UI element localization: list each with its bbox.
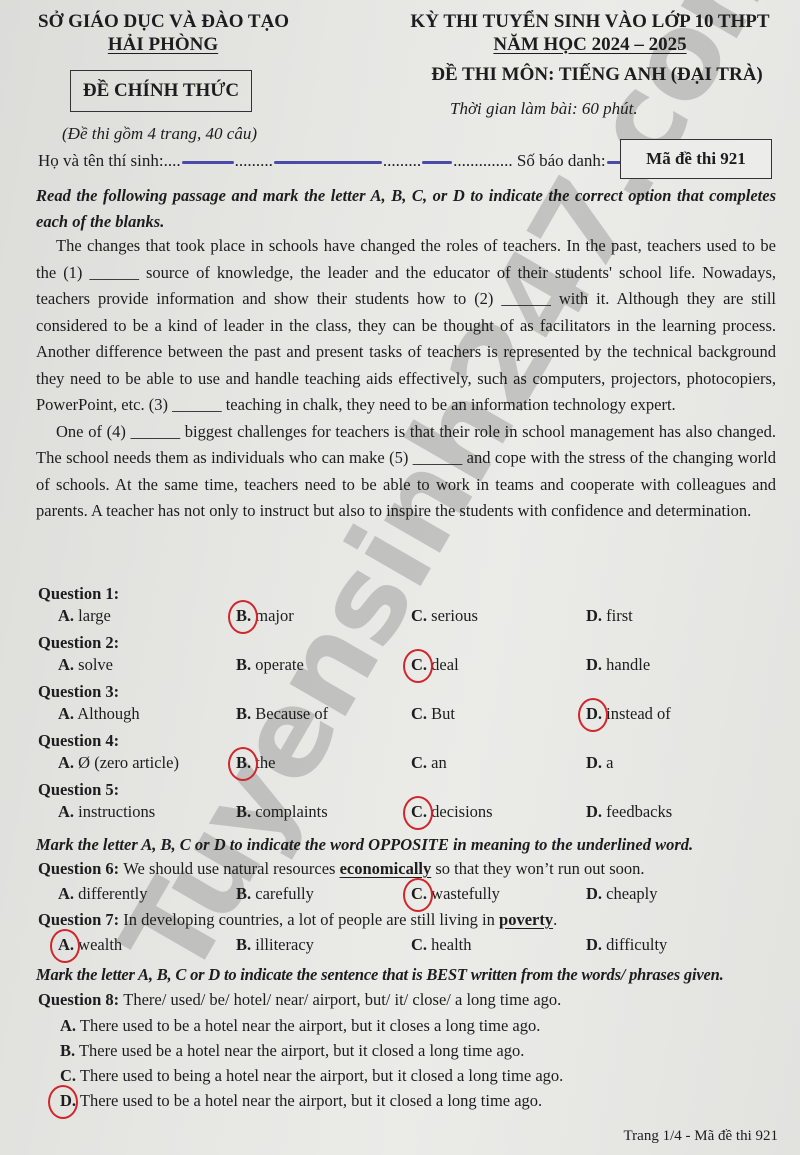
option-text: wastefully [427,884,500,903]
option-text: handle [602,655,650,674]
exam-title: KỲ THI TUYỂN SINH VÀO LỚP 10 THPT NĂM HỌ… [400,10,780,56]
option-text: large [74,606,111,625]
passage-paragraph: One of (4) ______ biggest challenges for… [36,419,776,525]
answer-option-a[interactable]: A. solve [58,655,113,675]
question-stem: Question 6: We should use natural resour… [38,859,645,879]
option-text: Ø (zero article) [74,753,179,772]
option-text: There used to be a hotel near the airpor… [76,1091,542,1110]
option-letter: A. [60,1016,76,1035]
answer-option-c[interactable]: C. an [411,753,447,773]
question-stem: Question 7: In developing countries, a l… [38,910,557,930]
answer-mark-circle [403,649,433,683]
option-letter: C. [60,1066,76,1085]
option-letter: B. [60,1041,75,1060]
candidate-name-field[interactable]: .................................... [164,151,513,170]
answer-option-a[interactable]: A. There used to be a hotel near the air… [60,1016,540,1036]
section2-instruction: Mark the letter A, B, C or D to indicate… [36,832,776,858]
option-letter: C. [411,606,427,625]
answer-option-a[interactable]: A. instructions [58,802,155,822]
option-letter: A. [58,655,74,674]
answer-option-d[interactable]: D. first [586,606,633,626]
answer-option-b[interactable]: B. carefully [236,884,314,904]
question-label: Question 2: [38,633,119,653]
reading-passage: The changes that took place in schools h… [36,233,776,525]
question-label: Question 8: [38,990,123,1009]
answer-option-b[interactable]: B. There used be a hotel near the airpor… [60,1041,524,1061]
answer-option-d[interactable]: D. difficulty [586,935,667,955]
exam-title-line1: KỲ THI TUYỂN SINH VÀO LỚP 10 THPT [400,10,780,33]
answer-mark-circle [403,878,433,912]
answer-mark-circle [403,796,433,830]
answer-option-d[interactable]: D. a [586,753,614,773]
option-letter: D. [586,884,602,903]
option-text: differently [74,884,147,903]
option-text: feedbacks [602,802,672,821]
stem-text: In developing countries, a lot of people… [123,910,499,929]
pages-note: (Đề thi gồm 4 trang, 40 câu) [62,124,257,144]
option-letter: C. [411,753,427,772]
question-label: Question 1: [38,584,119,604]
option-letter: D. [586,802,602,821]
question-stem: Question 8: There/ used/ be/ hotel/ near… [38,990,561,1010]
option-letter: C. [411,704,427,723]
option-letter: A. [58,884,74,903]
option-letter: B. [236,655,251,674]
department-line1: SỞ GIÁO DỤC VÀ ĐÀO TẠO [38,10,288,33]
answer-option-b[interactable]: B. operate [236,655,304,675]
answer-option-c[interactable]: C. There used to being a hotel near the … [60,1066,563,1086]
answer-mark-circle [228,747,258,781]
stem-text: . [553,910,557,929]
option-letter: A. [58,753,74,772]
answer-option-d[interactable]: D. handle [586,655,650,675]
option-text: an [427,753,447,772]
option-text: complaints [251,802,328,821]
option-text: serious [427,606,478,625]
option-letter: A. [58,606,74,625]
question-label: Question 3: [38,682,119,702]
answer-option-c[interactable]: C. health [411,935,472,955]
exam-code-box: Mã đề thi 921 [620,139,772,179]
answer-option-c[interactable]: C. serious [411,606,478,626]
option-text: There used to being a hotel near the air… [76,1066,563,1085]
answer-option-d[interactable]: D. cheaply [586,884,657,904]
stem-text: We should use natural resources [123,859,339,878]
option-letter: A. [58,802,74,821]
question-label: Question 4: [38,731,119,751]
section3-instruction: Mark the letter A, B, C or D to indicate… [36,962,776,988]
answer-mark-circle [48,1085,78,1119]
option-text: instructions [74,802,155,821]
option-text: Although [74,704,140,723]
option-letter: D. [586,606,602,625]
question-label: Question 5: [38,780,119,800]
option-letter: B. [236,704,251,723]
answer-mark-circle [228,600,258,634]
option-text: instead of [602,704,671,723]
stem-text: There/ used/ be/ hotel/ near/ airport, b… [123,990,561,1009]
option-text: illiteracy [251,935,314,954]
department-line2: HẢI PHÒNG [108,34,218,55]
answer-option-a[interactable]: A. Although [58,704,140,724]
exam-title-line2: NĂM HỌC 2024 – 2025 [493,34,686,55]
answer-option-a[interactable]: A. Ø (zero article) [58,753,179,773]
underlined-word: poverty [499,910,553,929]
answer-option-d[interactable]: D. There used to be a hotel near the air… [60,1091,542,1111]
exam-page: Tuyensinh247.com SỞ GIÁO DỤC VÀ ĐÀO TẠO … [0,0,800,1155]
redaction-scribble [274,161,382,164]
option-letter: D. [586,753,602,772]
option-text: first [602,606,633,625]
section1-instruction: Read the following passage and mark the … [36,183,776,235]
redaction-scribble [422,161,452,164]
underlined-word: economically [340,859,432,878]
option-letter: D. [586,935,602,954]
candidate-info-row: Họ và tên thí sinh:.....................… [38,151,666,171]
option-text: health [427,935,471,954]
option-text: There used be a hotel near the airport, … [75,1041,524,1060]
candidate-name-label: Họ và tên thí sinh: [38,151,164,170]
answer-option-c[interactable]: C. But [411,704,455,724]
redaction-scribble [182,161,234,164]
option-text: carefully [251,884,314,903]
option-text: a [602,753,613,772]
option-letter: A. [58,704,74,723]
option-letter: B. [236,884,251,903]
answer-option-b[interactable]: B. Because of [236,704,328,724]
option-text: wealth [74,935,122,954]
option-text: solve [74,655,113,674]
answer-mark-circle [50,929,80,963]
option-text: But [427,704,455,723]
option-letter: C. [411,935,427,954]
answer-option-b[interactable]: B. complaints [236,802,328,822]
candidate-id-label: Số báo danh: [517,151,606,170]
answer-option-a[interactable]: A. large [58,606,111,626]
option-text: difficulty [602,935,667,954]
subject-title: ĐỀ THI MÔN: TIẾNG ANH (ĐẠI TRÀ) [397,64,797,86]
page-footer: Trang 1/4 - Mã đề thi 921 [624,1128,778,1145]
answer-option-a[interactable]: A. differently [58,884,148,904]
option-letter: B. [236,935,251,954]
question-label: Question 6: [38,859,123,878]
passage-paragraph: The changes that took place in schools h… [36,233,776,419]
option-text: operate [251,655,304,674]
answer-mark-circle [578,698,608,732]
department-header: SỞ GIÁO DỤC VÀ ĐÀO TẠO HẢI PHÒNG [38,10,288,56]
time-allowed: Thời gian làm bài: 60 phút. [450,99,638,119]
option-letter: D. [586,655,602,674]
answer-option-b[interactable]: B. illiteracy [236,935,314,955]
option-text: cheaply [602,884,657,903]
option-text: Because of [251,704,328,723]
option-letter: B. [236,802,251,821]
option-text: decisions [427,802,493,821]
stem-text: so that they won’t run out soon. [431,859,644,878]
option-text: There used to be a hotel near the airpor… [76,1016,540,1035]
question-label: Question 7: [38,910,123,929]
official-label-box: ĐỀ CHÍNH THỨC [70,70,252,112]
answer-option-d[interactable]: D. feedbacks [586,802,672,822]
